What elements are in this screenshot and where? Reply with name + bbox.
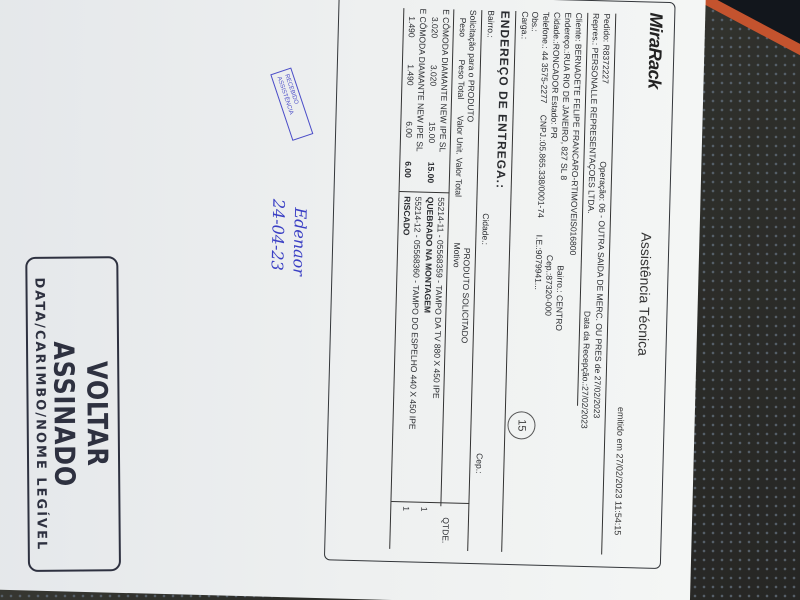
row1-total-value: 15.00 <box>426 162 437 184</box>
total-weight-header: Peso Total <box>456 60 467 100</box>
form-box: MiraRack Assistência Técnica emitido em … <box>324 0 676 569</box>
row2-weight: 1.490 <box>407 16 418 38</box>
return-signed-stamp: VOLTAR ASSINADO DATA/CARIMBO/NOME LEGÍVE… <box>25 256 121 572</box>
order-number: Pedido: R8372227 <box>600 13 612 84</box>
assistance-form-page: MiraRack Assistência Técnica emitido em … <box>0 0 706 588</box>
reason-header: Motivo <box>452 242 463 267</box>
total-value-header: Valor Total <box>453 157 464 197</box>
row1-qty: 1 <box>419 507 429 512</box>
received-stamp: RECEBIDO ASSISTÊNCIA <box>270 68 313 141</box>
handwritten-circle-mark: 15 <box>507 411 536 440</box>
qty-header: QTDE. <box>440 517 451 543</box>
handwritten-signature: Edenaor <box>289 207 310 276</box>
brand-logo: MiraRack <box>643 12 666 89</box>
cargo: Carga.: <box>520 11 531 39</box>
row2-unit-value: 6.00 <box>404 121 414 138</box>
row2-qty: 1 <box>401 506 411 511</box>
handwritten-date: 24-04-23 <box>267 199 288 271</box>
delivery-district: Bairro.: <box>486 10 497 38</box>
unit-value-header: Valor Unit. <box>455 115 466 154</box>
row1-weight: 3.020 <box>430 17 441 39</box>
row2-total-value: 6.00 <box>403 161 413 178</box>
reception-date: Data da Recepção.:27/02/2023 <box>579 311 592 429</box>
zip-code: Cep.:87320-000 <box>543 255 555 316</box>
cnpj: CNPJ.:05.865.338/0001-74 <box>536 115 549 218</box>
state-registration: I.E.:9079941... <box>533 235 544 291</box>
obs: Obs.: <box>530 11 541 32</box>
form-title: Assistência Técnica <box>635 232 654 356</box>
row1-unit-value: 15.00 <box>427 122 438 144</box>
row2-reason: RISCADO <box>401 196 412 235</box>
table-column-divider <box>400 191 450 193</box>
return-signed-stamp-title: VOLTAR ASSINADO <box>47 290 115 538</box>
delivery-city: Cidade.: <box>480 213 491 245</box>
delivery-zip: Cep.: <box>474 453 485 474</box>
row1-total-weight: 3.020 <box>428 65 439 87</box>
table-column-divider <box>391 501 469 504</box>
divider <box>389 8 404 549</box>
photo: MiraRack Assistência Técnica emitido em … <box>0 0 800 600</box>
emitted-timestamp: emitido em 27/02/2023 11:54:15 <box>613 407 626 536</box>
row2-total-weight: 1.490 <box>405 64 416 86</box>
paper-sheet: MiraRack Assistência Técnica emitido em … <box>0 0 706 588</box>
delivery-address-title: ENDEREÇO DE ENTREGA.: <box>494 11 513 190</box>
district: Bairro.: CENTRO <box>554 265 566 331</box>
weight-header: Peso <box>458 18 469 38</box>
